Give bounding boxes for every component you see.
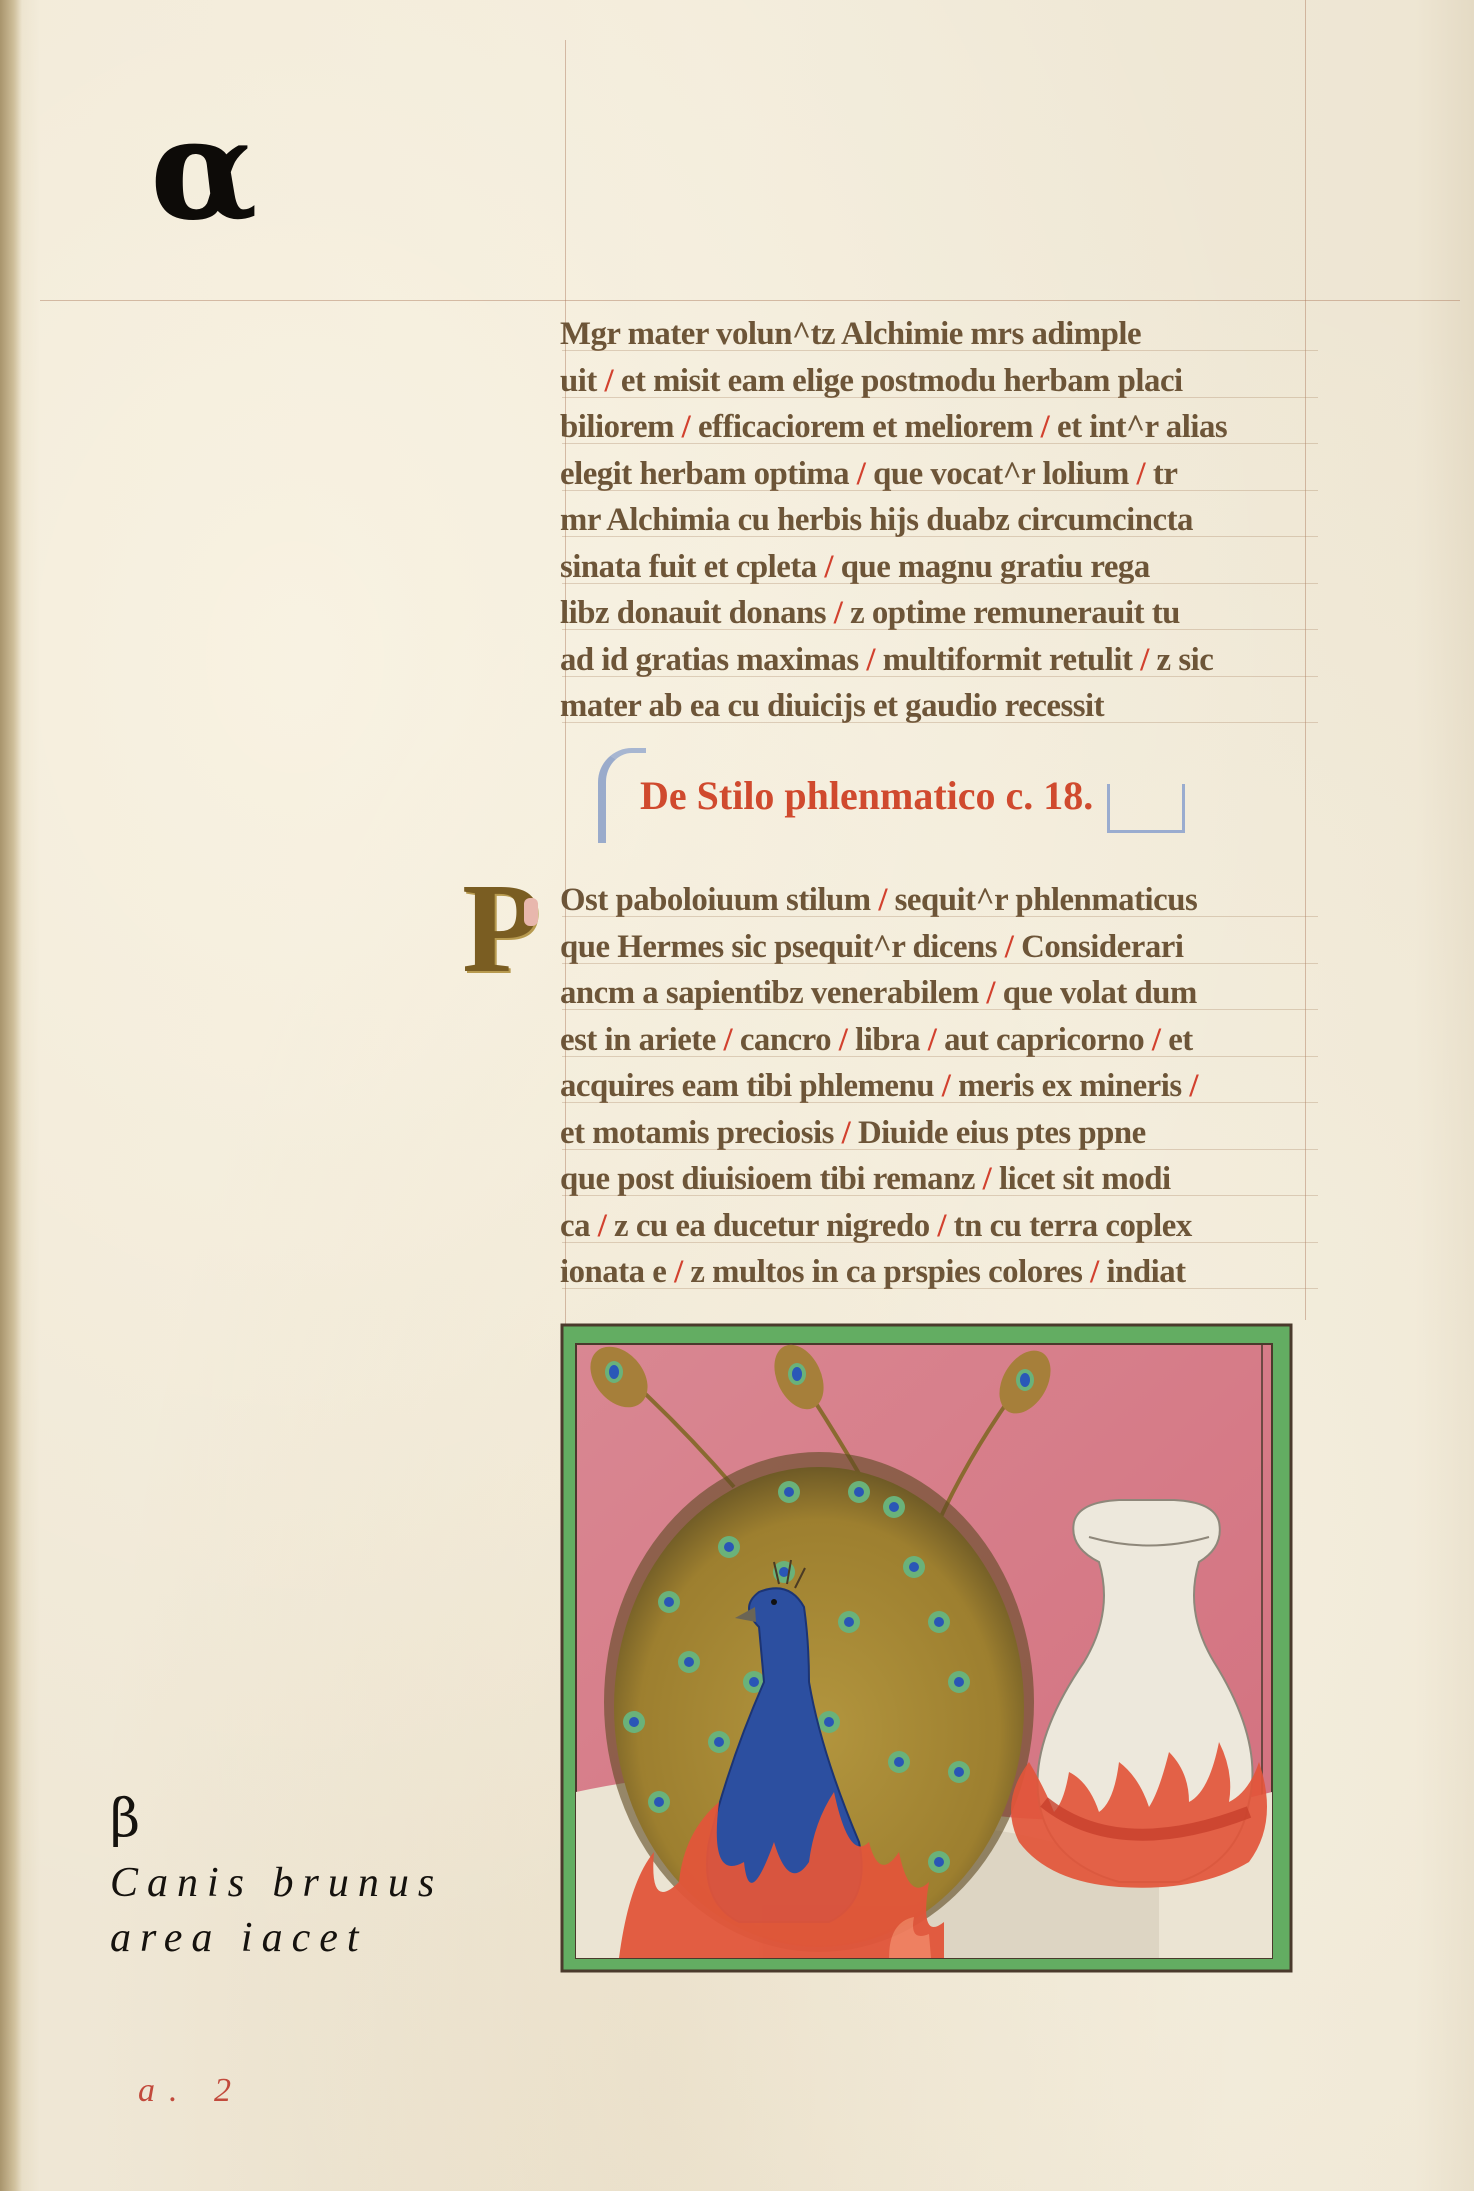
chapter-number-box xyxy=(1107,784,1185,833)
ruled-line xyxy=(562,490,1318,491)
rubric-mark: / xyxy=(1137,456,1146,492)
folio-number: a. 2 xyxy=(138,2072,245,2110)
rubric-mark: / xyxy=(878,882,887,918)
rubric-mark: / xyxy=(682,409,691,445)
rubric-mark: / xyxy=(842,1115,851,1151)
ruled-line xyxy=(562,916,1318,917)
caption: Canis brunus area iacet xyxy=(110,1856,443,1966)
ruled-line xyxy=(562,1009,1318,1010)
beta-label: β xyxy=(110,1793,140,1845)
manuscript-page: α β Canis brunus area iacet Mgr mater vo… xyxy=(0,0,1474,2191)
ruled-line xyxy=(562,1149,1318,1150)
rubric-mark: / xyxy=(1140,642,1149,678)
ruled-line xyxy=(562,1102,1318,1103)
ruled-line xyxy=(562,1056,1318,1057)
page-edge xyxy=(0,0,22,2191)
ruled-line xyxy=(562,963,1318,964)
rubric-mark: / xyxy=(834,595,843,631)
rubric-bracket-decoration xyxy=(598,748,646,843)
ruled-line xyxy=(562,443,1318,444)
rubric-mark: / xyxy=(937,1208,946,1244)
ruled-line xyxy=(562,1242,1318,1243)
ruled-line xyxy=(562,722,1318,723)
ruled-line xyxy=(562,397,1318,398)
ruled-line xyxy=(562,536,1318,537)
caption-line-2: area iacet xyxy=(110,1911,443,1966)
caption-line-1: Canis brunus xyxy=(110,1856,443,1911)
chapter-heading: De Stilo phlenmatico c. 18. xyxy=(640,772,1093,819)
ruled-line xyxy=(562,676,1318,677)
rubric-mark: / xyxy=(1090,1254,1099,1290)
peacock-flask-illustration xyxy=(559,1322,1294,1974)
rubric-mark: / xyxy=(1152,1022,1161,1058)
alpha-label: α xyxy=(150,100,258,240)
rubric-mark: / xyxy=(866,642,875,678)
ruled-line xyxy=(562,583,1318,584)
rubric-mark: / xyxy=(598,1208,607,1244)
decorated-initial: P xyxy=(462,864,540,992)
rubric-mark: / xyxy=(1189,1068,1198,1104)
ruled-line xyxy=(562,350,1318,351)
rubric-mark: / xyxy=(723,1022,732,1058)
ruled-line xyxy=(562,629,1318,630)
ruling-line-top xyxy=(40,300,1460,301)
ruled-line xyxy=(562,1195,1318,1196)
ruled-line xyxy=(562,1288,1318,1289)
rubric-mark: / xyxy=(839,1022,848,1058)
rubric-mark: / xyxy=(983,1161,992,1197)
rubric-mark: / xyxy=(1005,929,1014,965)
initial-pink-accent xyxy=(524,898,538,926)
rubric-mark: / xyxy=(857,456,866,492)
rubric-mark: / xyxy=(1041,409,1050,445)
